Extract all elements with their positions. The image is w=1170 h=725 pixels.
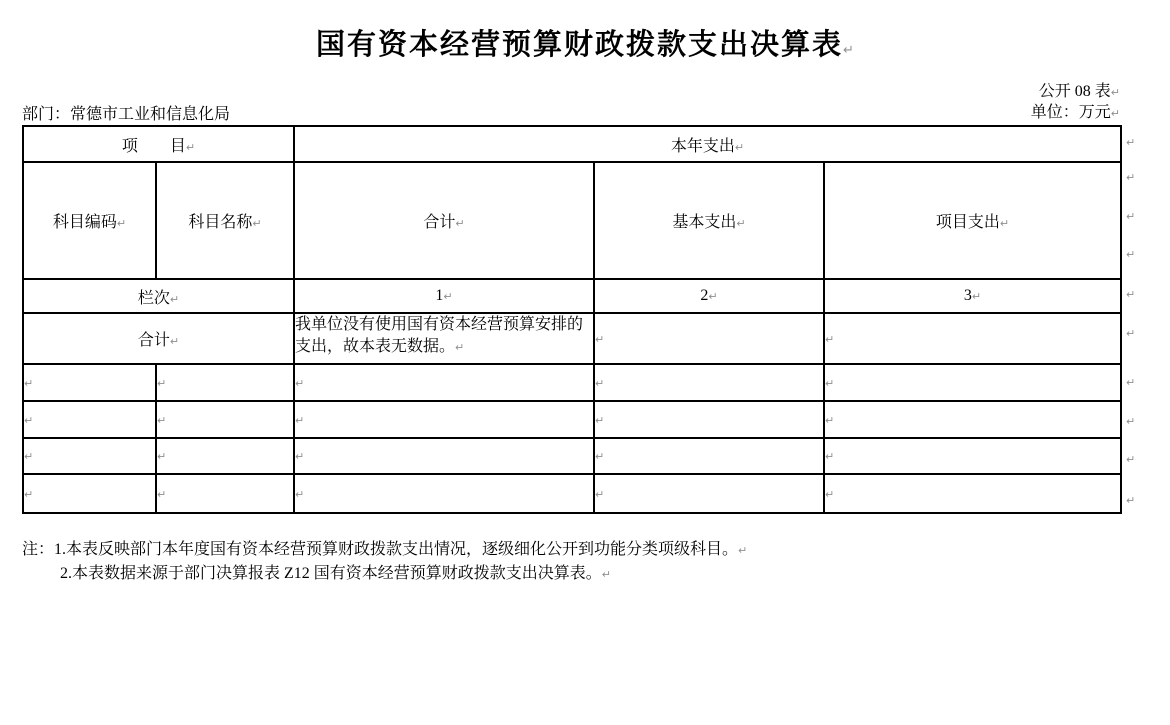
cell-empty: ↵	[294, 474, 594, 513]
unit-label: 单位：万元↵	[1031, 99, 1120, 122]
cell-basic-expenditure-header: 基本支出↵	[594, 162, 824, 279]
cell-empty: ↵	[824, 313, 1121, 364]
cell-mark-icon: ↵	[157, 377, 166, 390]
cell-empty: ↵	[824, 474, 1121, 513]
cell-empty: ↵	[824, 401, 1121, 438]
row-end-mark-icon: ↵	[1126, 453, 1135, 466]
cell-mark-icon: ↵	[24, 377, 33, 390]
row-end-mark-icon: ↵	[1126, 376, 1135, 389]
cell-mark-icon: ↵	[295, 488, 304, 501]
cell-mark-icon: ↵	[24, 450, 33, 463]
cell-mark-icon: ↵	[295, 377, 304, 390]
table-row-empty: ↵ ↵ ↵ ↵ ↵	[23, 474, 1121, 513]
cell-no-data-statement: 我单位没有使用国有资本经营预算安排的支出，故本表无数据。↵	[294, 313, 594, 364]
cell-column-2: 2↵	[594, 279, 824, 313]
cell-empty: ↵	[594, 438, 824, 474]
cell-item-header: 项 目↵	[23, 126, 294, 162]
cell-mark-icon: ↵	[157, 414, 166, 427]
cell-column-index-label: 栏次↵	[23, 279, 294, 313]
page-title: 国有资本经营预算财政拨款支出决算表↵	[0, 22, 1170, 63]
cell-subject-name-header: 科目名称↵	[156, 162, 294, 279]
cell-mark-icon: ↵	[595, 488, 604, 501]
cell-mark-icon: ↵	[972, 290, 981, 303]
cell-empty: ↵	[156, 401, 294, 438]
paragraph-mark-icon: ↵	[738, 544, 747, 557]
cell-mark-icon: ↵	[170, 335, 179, 348]
cell-project-expenditure-header: 项目支出↵	[824, 162, 1121, 279]
cell-mark-icon: ↵	[170, 293, 179, 306]
cell-empty: ↵	[824, 438, 1121, 474]
table-row-empty: ↵ ↵ ↵ ↵ ↵	[23, 438, 1121, 474]
department-label: 部门：常德市工业和信息化局	[22, 101, 230, 124]
cell-mark-icon: ↵	[825, 414, 834, 427]
row-end-mark-icon: ↵	[1126, 415, 1135, 428]
row-end-mark-icon: ↵	[1126, 248, 1135, 261]
cell-empty: ↵	[23, 474, 156, 513]
cell-mark-icon: ↵	[708, 290, 717, 303]
cell-mark-icon: ↵	[24, 488, 33, 501]
cell-mark-icon: ↵	[736, 217, 745, 230]
cell-column-1: 1↵	[294, 279, 594, 313]
table-row-empty: ↵ ↵ ↵ ↵ ↵	[23, 364, 1121, 401]
page-title-text: 国有资本经营预算财政拨款支出决算表	[316, 29, 843, 61]
cell-empty: ↵	[294, 401, 594, 438]
table-row-header-1: 项 目↵ 本年支出↵	[23, 126, 1121, 162]
table-row-header-2: 科目编码↵ 科目名称↵ 合计↵ 基本支出↵ 项目支出↵	[23, 162, 1121, 279]
cell-mark-icon: ↵	[825, 333, 834, 346]
cell-column-3: 3↵	[824, 279, 1121, 313]
cell-mark-icon: ↵	[455, 341, 464, 354]
cell-empty: ↵	[156, 364, 294, 401]
document-page: 国有资本经营预算财政拨款支出决算表↵ 公开 08 表↵ 部门：常德市工业和信息化…	[0, 0, 1170, 725]
cell-empty: ↵	[23, 438, 156, 474]
cell-empty: ↵	[594, 474, 824, 513]
cell-empty: ↵	[23, 401, 156, 438]
note-line-2: 2.本表数据来源于部门决算报表 Z12 国有资本经营预算财政拨款支出决算表。↵	[60, 560, 611, 583]
cell-mark-icon: ↵	[735, 141, 744, 154]
paragraph-mark-icon: ↵	[1111, 107, 1120, 120]
cell-empty: ↵	[824, 364, 1121, 401]
cell-empty: ↵	[23, 364, 156, 401]
note-line-1: 注：1.本表反映部门本年度国有资本经营预算财政拨款支出情况，逐级细化公开到功能分…	[22, 536, 747, 559]
row-end-mark-icon: ↵	[1126, 288, 1135, 301]
cell-mark-icon: ↵	[825, 450, 834, 463]
cell-mark-icon: ↵	[252, 217, 261, 230]
paragraph-mark-icon: ↵	[1111, 86, 1120, 99]
table-row-empty: ↵ ↵ ↵ ↵ ↵	[23, 401, 1121, 438]
cell-empty: ↵	[294, 438, 594, 474]
table-row-column-index: 栏次↵ 1↵ 2↵ 3↵	[23, 279, 1121, 313]
cell-total-row-label: 合计↵	[23, 313, 294, 364]
cell-mark-icon: ↵	[157, 488, 166, 501]
cell-empty: ↵	[294, 364, 594, 401]
cell-mark-icon: ↵	[825, 377, 834, 390]
cell-mark-icon: ↵	[117, 217, 126, 230]
row-end-mark-icon: ↵	[1126, 136, 1135, 149]
cell-empty: ↵	[594, 401, 824, 438]
cell-mark-icon: ↵	[455, 217, 464, 230]
cell-mark-icon: ↵	[295, 414, 304, 427]
row-end-mark-icon: ↵	[1126, 210, 1135, 223]
cell-empty: ↵	[156, 474, 294, 513]
cell-total-header: 合计↵	[294, 162, 594, 279]
cell-mark-icon: ↵	[595, 333, 604, 346]
cell-mark-icon: ↵	[24, 414, 33, 427]
paragraph-mark-icon: ↵	[602, 568, 611, 581]
cell-empty: ↵	[594, 364, 824, 401]
cell-empty: ↵	[156, 438, 294, 474]
row-end-mark-icon: ↵	[1126, 494, 1135, 507]
row-end-mark-icon: ↵	[1126, 171, 1135, 184]
cell-empty: ↵	[594, 313, 824, 364]
table-row-total: 合计↵ 我单位没有使用国有资本经营预算安排的支出，故本表无数据。↵ ↵ ↵	[23, 313, 1121, 364]
cell-mark-icon: ↵	[1000, 217, 1009, 230]
sheet-number-label: 公开 08 表↵	[1039, 78, 1120, 101]
cell-mark-icon: ↵	[157, 450, 166, 463]
cell-subject-code-header: 科目编码↵	[23, 162, 156, 279]
cell-mark-icon: ↵	[825, 488, 834, 501]
expenditure-table: 项 目↵ 本年支出↵ 科目编码↵ 科目名称↵ 合计↵ 基本支出↵ 项目支出↵ 栏…	[22, 125, 1122, 514]
row-end-mark-icon: ↵	[1126, 327, 1135, 340]
cell-mark-icon: ↵	[443, 290, 452, 303]
cell-mark-icon: ↵	[595, 414, 604, 427]
paragraph-mark-icon: ↵	[843, 43, 854, 58]
cell-year-expenditure-header: 本年支出↵	[294, 126, 1121, 162]
cell-mark-icon: ↵	[295, 450, 304, 463]
cell-mark-icon: ↵	[186, 141, 195, 154]
cell-mark-icon: ↵	[595, 450, 604, 463]
cell-mark-icon: ↵	[595, 377, 604, 390]
